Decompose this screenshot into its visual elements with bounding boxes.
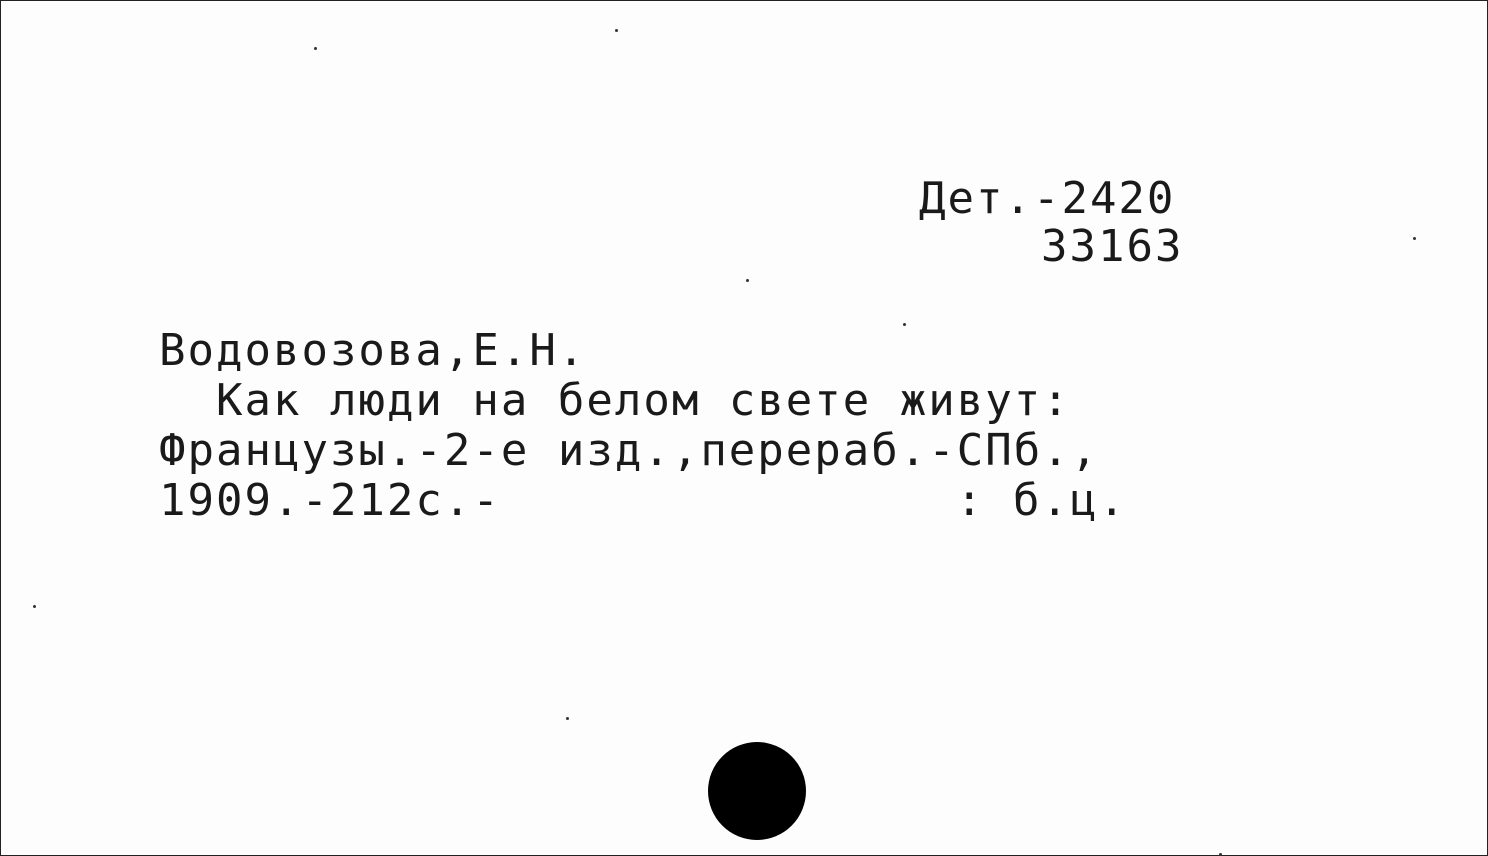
punch-hole (708, 742, 806, 840)
speck (314, 47, 317, 50)
book-title: Как люди на белом свете живут: (216, 375, 1071, 426)
publication-info: Французы.-2-е изд.,перераб.-СПб., (159, 425, 1099, 476)
speck (903, 323, 906, 326)
shelf-mark: Дет.-2420 (919, 173, 1175, 224)
price: : б.ц. (956, 475, 1127, 526)
speck (746, 279, 749, 282)
speck (1413, 237, 1416, 240)
speck (615, 29, 618, 32)
inventory-number: 33163 (1041, 221, 1183, 272)
author: Водовозова,Е.Н. (159, 325, 586, 376)
catalog-card: Дет.-2420 33163 Водовозова,Е.Н. Как люди… (0, 0, 1488, 856)
speck (33, 605, 36, 608)
year-pages: 1909.-212с.- (159, 475, 501, 526)
speck (566, 717, 569, 720)
